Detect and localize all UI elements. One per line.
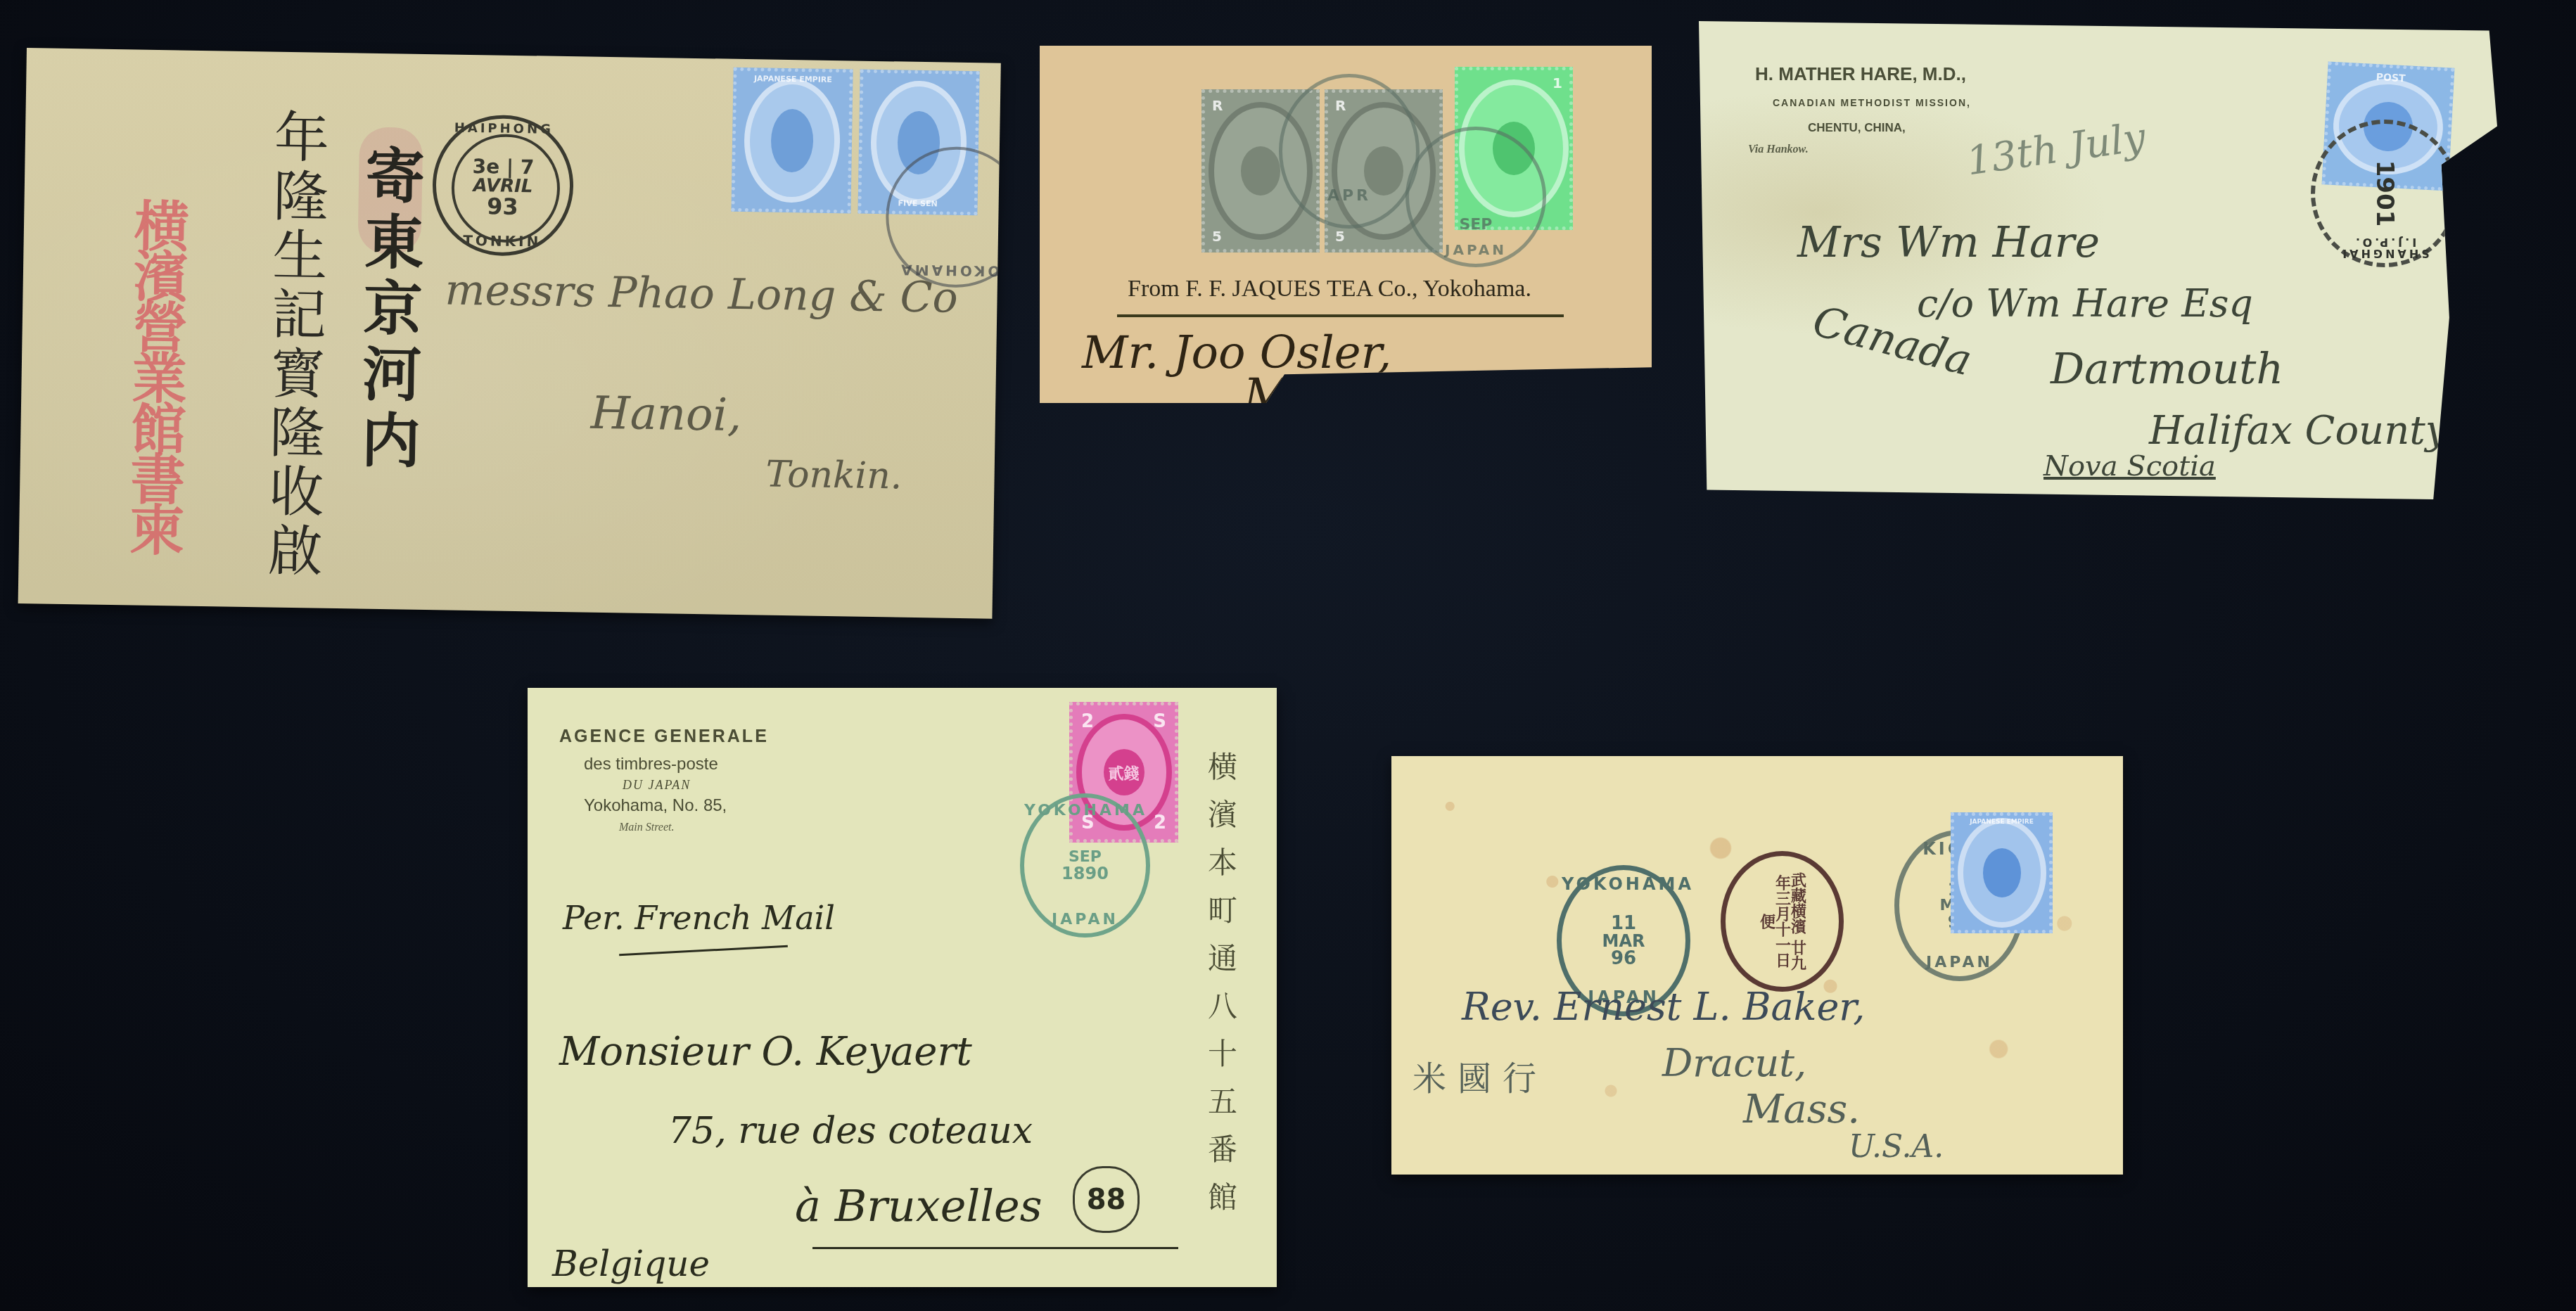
- postmark-yokohama-1890: YOKOHAMA SEP 1890 JAPAN: [1020, 793, 1150, 938]
- postmark-japanese-transit: 武藏横濱 廿九年三月十一日 便: [1721, 851, 1844, 992]
- letterhead-city: CHENTU, CHINA,: [1808, 121, 1906, 135]
- address-line-3: Neb,: [1441, 397, 1533, 403]
- cover-jaques-tea: R 5 R 5 1 APR SEP JAPAN From F. F. JAQUE…: [1040, 46, 1652, 403]
- letterhead-line-2: des timbres-poste: [584, 755, 718, 774]
- header-rule: [1117, 314, 1564, 317]
- address-line-2: Dracut,: [1662, 1041, 1806, 1085]
- letterhead-line-3: DU JAPAN: [623, 778, 691, 793]
- address-line-1: messrs Phao Long & Co: [445, 265, 958, 322]
- vertical-japanese-sender: 年隆生記寳隆收啟: [250, 108, 337, 582]
- address-line-5: Halifax County: [2149, 408, 2447, 454]
- letterhead-line-5: Main Street.: [619, 821, 675, 834]
- letterhead-line-1: AGENCE GENERALE: [559, 727, 769, 747]
- address-line-2: Hanoi,: [590, 388, 742, 442]
- vertical-japanese-address: 横濱本町通八十五番館: [1199, 751, 1242, 1229]
- stamp-5-sen-blue: JAPANESE EMPIRE: [1951, 812, 2053, 933]
- address-line-1: Monsieur O. Keyaert: [559, 1029, 972, 1075]
- address-line-3: à Bruxelles: [795, 1180, 1042, 1232]
- stamp-5-sen-left: JAPANESE EMPIRE: [731, 68, 853, 214]
- address-line-4: Belgique: [552, 1243, 710, 1284]
- vertical-japanese-note: 米國行: [1413, 1051, 1548, 1100]
- address-line-6: Nova Scotia: [2043, 450, 2216, 482]
- address-line-2: c/o Wm Hare Esq: [1917, 281, 2253, 326]
- postmark-yokohama-apr: APR: [1279, 74, 1420, 229]
- cover-baker: YOKOHAMA 11 MAR 96 JAPAN 武藏横濱 廿九年三月十一日 便…: [1391, 756, 2123, 1175]
- red-chop-seal: 横濱營業館書柬: [125, 197, 185, 552]
- address-line-3: Tonkin.: [765, 454, 903, 498]
- postmark-tonkin: HAIPHONG 3e | 7 AVRIL 93 TONKIN: [431, 114, 574, 257]
- address-line-1: Mrs Wm Hare: [1797, 218, 2100, 267]
- routing-note: Per. French Mail: [563, 899, 835, 937]
- address-line-1: Rev. Ernest L. Baker,: [1462, 985, 1865, 1029]
- postmark-1901: 1901 SHANGHAI I.J.P.O.: [2311, 120, 2459, 267]
- letterhead-name: H. MATHER HARE, M.D.,: [1755, 63, 1966, 85]
- printed-header: From F. F. JAQUES TEA Co., Yokohama.: [1128, 276, 1531, 302]
- vertical-japanese-destination: 寄東京河内: [344, 144, 434, 476]
- letterhead-org: CANADIAN METHODIST MISSION,: [1773, 97, 1971, 108]
- address-line-2: 75, rue des coteaux: [668, 1110, 1033, 1152]
- date-note: 13th July: [1964, 115, 2148, 185]
- address-line-4: Dartmouth: [2051, 345, 2283, 394]
- postmark-yokohama-sep: SEP JAPAN: [1405, 127, 1546, 267]
- cover-agence-generale: AGENCE GENERALE des timbres-poste DU JAP…: [528, 688, 1277, 1287]
- transit-mark-88: 88: [1073, 1166, 1140, 1233]
- cover-tonkin: 横濱營業館書柬 年隆生記寳隆收啟 寄東京河内 HAIPHONG 3e | 7 A…: [18, 48, 1001, 619]
- cover-mather-hare: H. MATHER HARE, M.D., CANADIAN METHODIST…: [1699, 21, 2497, 499]
- address-line-2: Madrid,: [1244, 369, 1424, 403]
- letterhead-routing: Via Hankow.: [1748, 143, 1809, 156]
- address-underline: [812, 1247, 1178, 1249]
- letterhead-line-4: Yokohama, No. 85,: [584, 796, 727, 816]
- address-line-4: U.S.A.: [1849, 1129, 1944, 1165]
- address-line-3: Mass.: [1743, 1087, 1860, 1132]
- routing-underline: [619, 945, 788, 957]
